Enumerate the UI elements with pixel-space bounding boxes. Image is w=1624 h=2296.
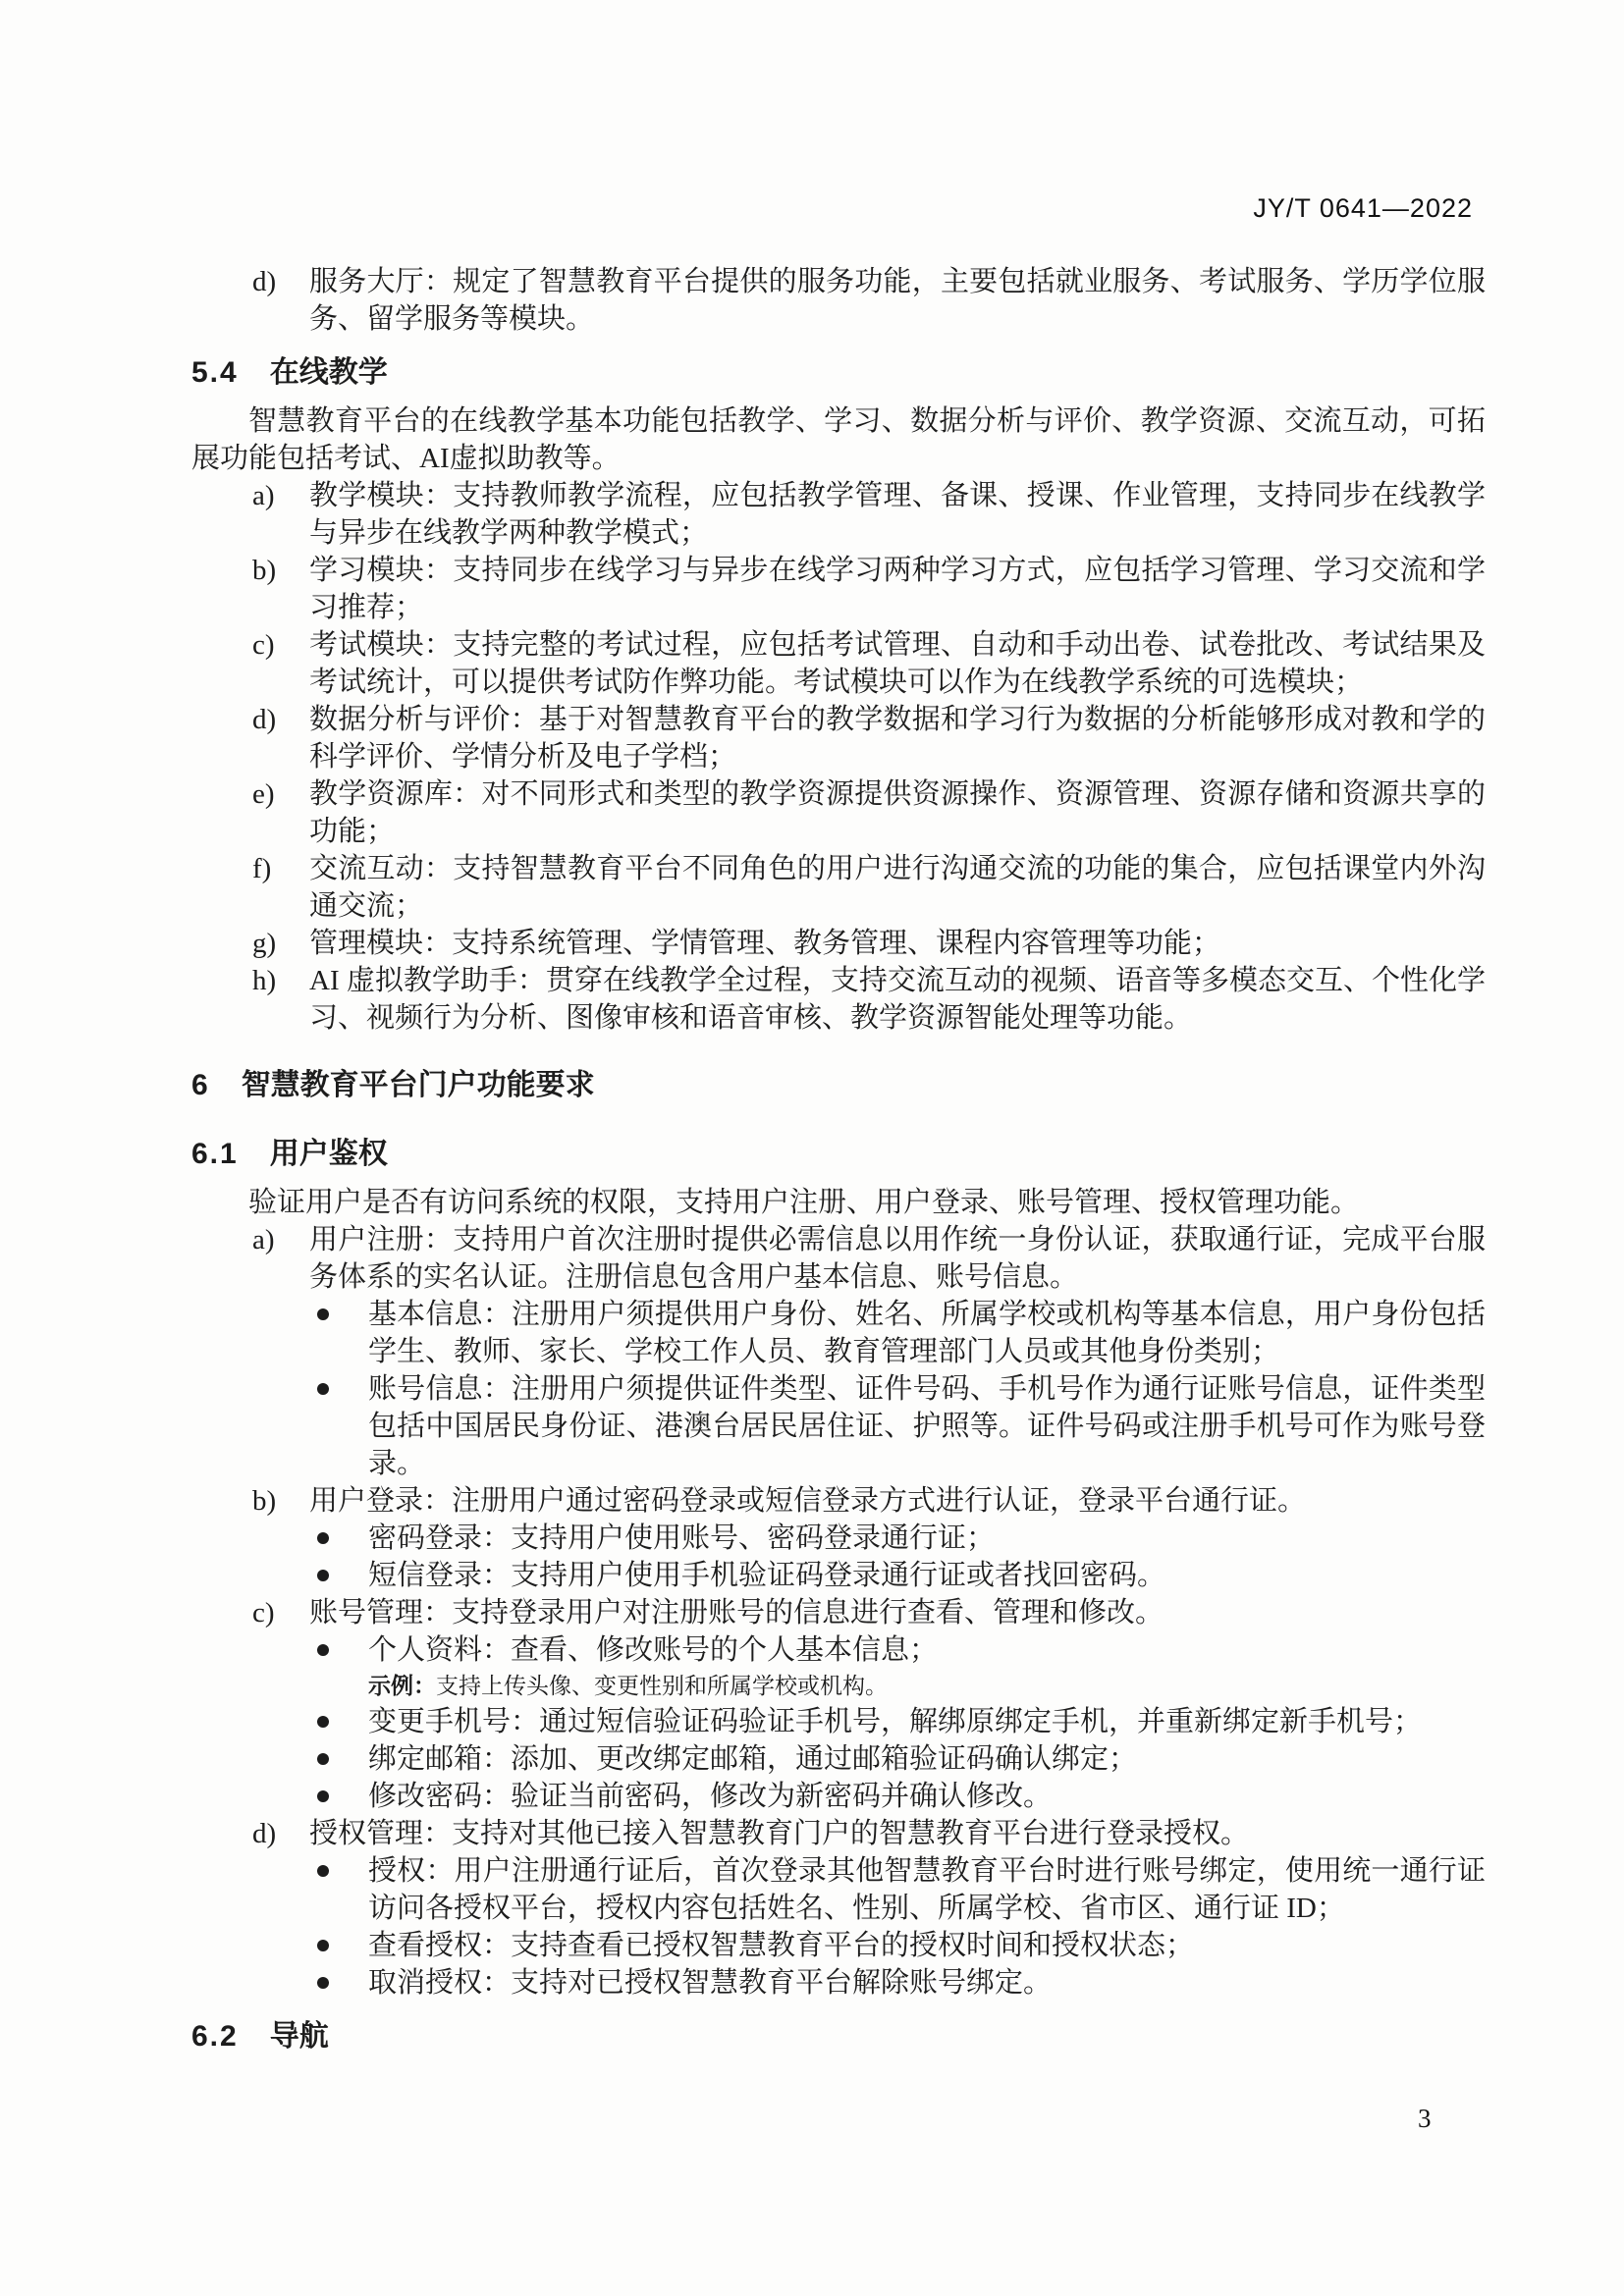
bullet-icon — [317, 1570, 329, 1581]
bullet-icon — [317, 1940, 329, 1951]
section-heading: 6智慧教育平台门户功能要求 — [191, 1066, 1486, 1105]
bullet-icon — [317, 1644, 329, 1656]
bullet-item-text: 取消授权：支持对已授权智慧教育平台解除账号绑定。 — [368, 1967, 1052, 1999]
list-item-label: c) — [252, 626, 275, 664]
section-title: 在线教学 — [270, 356, 388, 389]
list-item-text: 授权管理：支持对其他已接入智慧教育门户的智慧教育平台进行登录授权。 — [309, 1818, 1249, 1849]
bullet-item: 查看授权：支持查看已授权智慧教育平台的授权时间和授权状态； — [191, 1927, 1486, 1964]
bullet-item: 账号信息：注册用户须提供证件类型、证件号码、手机号作为通行证账号信息，证件类型包… — [191, 1370, 1486, 1482]
bullet-item: 授权：用户注册通行证后，首次登录其他智慧教育平台时进行账号绑定，使用统一通行证访… — [191, 1852, 1486, 1927]
bullet-item-text: 基本信息：注册用户须提供用户身份、姓名、所属学校或机构等基本信息，用户身份包括学… — [368, 1299, 1486, 1367]
section-number: 5.4 — [191, 356, 239, 389]
section-heading: 6.1用户鉴权 — [191, 1135, 1486, 1174]
list-item: g)管理模块：支持系统管理、学情管理、教务管理、课程内容管理等功能； — [191, 925, 1486, 962]
section-number: 6 — [191, 1069, 210, 1101]
list-item: a)用户注册：支持用户首次注册时提供必需信息以用作统一身份认证，获取通行证，完成… — [191, 1221, 1486, 1296]
example-label: 示例： — [368, 1673, 436, 1698]
bullet-item-text: 修改密码：验证当前密码，修改为新密码并确认修改。 — [368, 1781, 1052, 1812]
list-item-label: a) — [252, 1221, 275, 1258]
bullet-item: 绑定邮箱：添加、更改绑定邮箱，通过邮箱验证码确认绑定； — [191, 1740, 1486, 1778]
paragraph: 验证用户是否有访问系统的权限，支持用户注册、用户登录、账号管理、授权管理功能。 — [191, 1184, 1486, 1221]
bullet-icon — [317, 1383, 329, 1395]
bullet-item-text: 短信登录：支持用户使用手机验证码登录通行证或者找回密码。 — [368, 1560, 1165, 1591]
document-page: JY/T 0641—2022 d)服务大厅：规定了智慧教育平台提供的服务功能，主… — [0, 0, 1624, 2296]
running-header: JY/T 0641—2022 — [0, 193, 1473, 224]
bullet-item-text: 绑定邮箱：添加、更改绑定邮箱，通过邮箱验证码确认绑定； — [368, 1743, 1137, 1775]
section-title: 用户鉴权 — [270, 1138, 388, 1170]
list-item: f)交流互动：支持智慧教育平台不同角色的用户进行沟通交流的功能的集合，应包括课堂… — [191, 850, 1486, 925]
bullet-item-text: 密码登录：支持用户使用账号、密码登录通行证； — [368, 1522, 995, 1554]
list-item: a)教学模块：支持教师教学流程，应包括教学管理、备课、授课、作业管理，支持同步在… — [191, 477, 1486, 552]
bullet-item-text: 查看授权：支持查看已授权智慧教育平台的授权时间和授权状态； — [368, 1930, 1194, 1961]
list-item-label: e) — [252, 775, 275, 813]
list-item-text: 教学资源库：对不同形式和类型的教学资源提供资源操作、资源管理、资源存储和资源共享… — [309, 778, 1486, 847]
section-heading: 6.2导航 — [191, 2017, 1486, 2056]
list-item: d)数据分析与评价：基于对智慧教育平台的教学数据和学习行为数据的分析能够形成对教… — [191, 701, 1486, 775]
paragraph-text: 验证用户是否有访问系统的权限，支持用户注册、用户登录、账号管理、授权管理功能。 — [248, 1187, 1359, 1218]
list-item-label: d) — [252, 1815, 276, 1852]
list-item-text: 数据分析与评价：基于对智慧教育平台的教学数据和学习行为数据的分析能够形成对教和学… — [309, 704, 1486, 773]
example-text: 支持上传头像、变更性别和所属学校或机构。 — [436, 1674, 888, 1698]
list-item-text: 交流互动：支持智慧教育平台不同角色的用户进行沟通交流的功能的集合，应包括课堂内外… — [309, 853, 1486, 922]
section-number: 6.2 — [191, 2020, 239, 2053]
list-item: c)考试模块：支持完整的考试过程，应包括考试管理、自动和手动出卷、试卷批改、考试… — [191, 626, 1486, 701]
list-item: h)AI 虚拟教学助手：贯穿在线教学全过程，支持交流互动的视频、语音等多模态交互… — [191, 962, 1486, 1037]
list-item-text: 用户登录：注册用户通过密码登录或短信登录方式进行认证，登录平台通行证。 — [309, 1485, 1306, 1517]
list-item-text: 用户注册：支持用户首次注册时提供必需信息以用作统一身份认证，获取通行证，完成平台… — [309, 1224, 1486, 1293]
list-item-text: 管理模块：支持系统管理、学情管理、教务管理、课程内容管理等功能； — [309, 928, 1220, 959]
bullet-item-text: 个人资料：查看、修改账号的个人基本信息； — [368, 1634, 938, 1666]
list-item-text: 账号管理：支持登录用户对注册账号的信息进行查看、管理和修改。 — [309, 1597, 1164, 1629]
list-item-text: 服务大厅：规定了智慧教育平台提供的服务功能，主要包括就业服务、考试服务、学历学位… — [309, 266, 1486, 335]
list-item: b)学习模块：支持同步在线学习与异步在线学习两种学习方式，应包括学习管理、学习交… — [191, 552, 1486, 626]
list-item-label: f) — [252, 850, 271, 887]
example-note: 示例：支持上传头像、变更性别和所属学校或机构。 — [191, 1669, 1486, 1703]
bullet-item: 修改密码：验证当前密码，修改为新密码并确认修改。 — [191, 1778, 1486, 1815]
list-item-label: g) — [252, 925, 276, 962]
list-item-label: d) — [252, 263, 276, 300]
list-item: d)服务大厅：规定了智慧教育平台提供的服务功能，主要包括就业服务、考试服务、学历… — [191, 263, 1486, 338]
section-title: 智慧教育平台门户功能要求 — [242, 1069, 595, 1101]
bullet-item: 取消授权：支持对已授权智慧教育平台解除账号绑定。 — [191, 1964, 1486, 2002]
bullet-icon — [317, 1790, 329, 1802]
bullet-item-text: 账号信息：注册用户须提供证件类型、证件号码、手机号作为通行证账号信息，证件类型包… — [368, 1373, 1486, 1479]
list-item: d)授权管理：支持对其他已接入智慧教育门户的智慧教育平台进行登录授权。 — [191, 1815, 1486, 1852]
list-item-text: 学习模块：支持同步在线学习与异步在线学习两种学习方式，应包括学习管理、学习交流和… — [309, 555, 1486, 623]
list-item-label: h) — [252, 962, 276, 999]
bullet-icon — [317, 1865, 329, 1877]
bullet-icon — [317, 1977, 329, 1989]
list-item-label: a) — [252, 477, 275, 514]
bullet-item: 密码登录：支持用户使用账号、密码登录通行证； — [191, 1520, 1486, 1557]
bullet-item: 短信登录：支持用户使用手机验证码登录通行证或者找回密码。 — [191, 1557, 1486, 1594]
bullet-item-text: 变更手机号：通过短信验证码验证手机号，解绑原绑定手机，并重新绑定新手机号； — [368, 1706, 1422, 1737]
section-number: 6.1 — [191, 1138, 239, 1170]
list-item: b)用户登录：注册用户通过密码登录或短信登录方式进行认证，登录平台通行证。 — [191, 1482, 1486, 1520]
list-item-label: c) — [252, 1594, 275, 1631]
list-item-label: b) — [252, 552, 276, 589]
bullet-icon — [317, 1532, 329, 1544]
section-title: 导航 — [270, 2020, 329, 2053]
list-item: c)账号管理：支持登录用户对注册账号的信息进行查看、管理和修改。 — [191, 1594, 1486, 1631]
list-item-text: 教学模块：支持教师教学流程，应包括教学管理、备课、授课、作业管理，支持同步在线教… — [309, 480, 1486, 549]
list-item-text: AI 虚拟教学助手：贯穿在线教学全过程，支持交流互动的视频、语音等多模态交互、个… — [309, 965, 1486, 1034]
bullet-item: 变更手机号：通过短信验证码验证手机号，解绑原绑定手机，并重新绑定新手机号； — [191, 1703, 1486, 1740]
bullet-item: 基本信息：注册用户须提供用户身份、姓名、所属学校或机构等基本信息，用户身份包括学… — [191, 1296, 1486, 1370]
list-item-label: d) — [252, 701, 276, 738]
document-body: d)服务大厅：规定了智慧教育平台提供的服务功能，主要包括就业服务、考试服务、学历… — [191, 263, 1486, 2066]
list-item: e)教学资源库：对不同形式和类型的教学资源提供资源操作、资源管理、资源存储和资源… — [191, 775, 1486, 850]
bullet-icon — [317, 1753, 329, 1765]
page-number: 3 — [1418, 2104, 1432, 2134]
section-heading: 5.4在线教学 — [191, 353, 1486, 393]
paragraph: 智慧教育平台的在线教学基本功能包括教学、学习、数据分析与评价、教学资源、交流互动… — [191, 402, 1486, 477]
bullet-icon — [317, 1716, 329, 1728]
paragraph-text: 智慧教育平台的在线教学基本功能包括教学、学习、数据分析与评价、教学资源、交流互动… — [191, 405, 1486, 474]
bullet-item: 个人资料：查看、修改账号的个人基本信息； — [191, 1631, 1486, 1669]
list-item-label: b) — [252, 1482, 276, 1520]
bullet-item-text: 授权：用户注册通行证后，首次登录其他智慧教育平台时进行账号绑定，使用统一通行证访… — [368, 1855, 1486, 1924]
list-item-text: 考试模块：支持完整的考试过程，应包括考试管理、自动和手动出卷、试卷批改、考试结果… — [309, 629, 1486, 698]
bullet-icon — [317, 1308, 329, 1320]
